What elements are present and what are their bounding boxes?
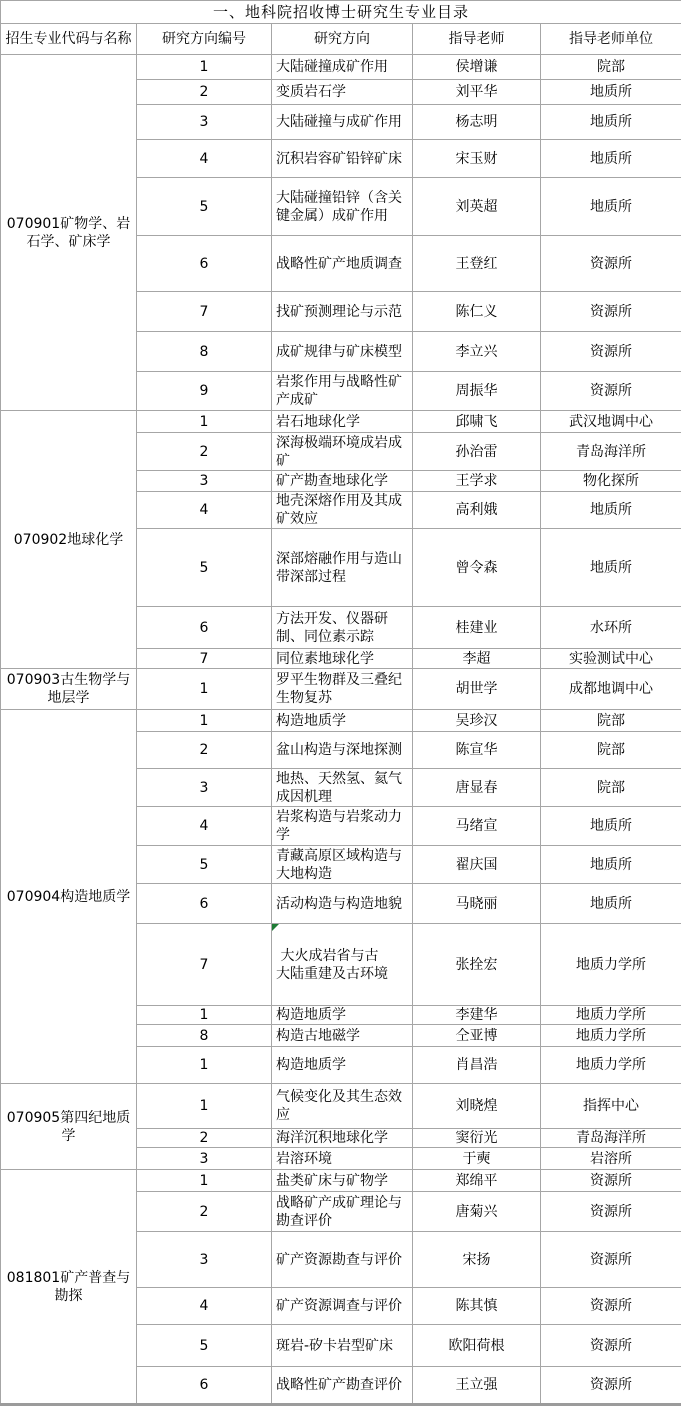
advisor-cell: 于奭 [413, 1148, 541, 1170]
advisor-cell: 胡世学 [413, 669, 541, 710]
direction-number-cell: 1 [137, 669, 272, 710]
direction-number-cell: 1 [137, 1047, 272, 1084]
research-direction-text: 盐类矿床与矿物学 [276, 1173, 388, 1189]
advisor-unit-cell: 资源所 [541, 1325, 681, 1367]
table-body: 070901矿物学、岩石学、矿床学1大陆碰撞成矿作用侯增谦院部2变质岩石学刘平华… [1, 55, 681, 1405]
direction-number-cell: 6 [137, 607, 272, 649]
research-direction-cell: 青藏高原区域构造与大地构造 [272, 846, 413, 884]
table-row: 081801矿产普查与勘探1盐类矿床与矿物学郑绵平资源所 [1, 1170, 681, 1192]
research-direction-text: 海洋沉积地球化学 [276, 1130, 388, 1146]
research-direction-text: 盆山构造与深地探测 [276, 742, 402, 758]
major-code-cell: 070902地球化学 [1, 411, 137, 669]
advisor-unit-cell: 资源所 [541, 1367, 681, 1405]
research-direction-text: 岩浆构造与岩浆动力学 [276, 809, 402, 843]
advisor-cell: 张拴宏 [413, 924, 541, 1006]
research-direction-cell: 岩溶环境 [272, 1148, 413, 1170]
research-direction-text: 大陆碰撞铅锌（含关键金属）成矿作用 [276, 190, 402, 224]
research-direction-text: 变质岩石学 [276, 84, 346, 100]
direction-number-cell: 3 [137, 1148, 272, 1170]
research-direction-cell: 活动构造与构造地貌 [272, 884, 413, 924]
table-row: 070903古生物学与地层学1罗平生物群及三叠纪生物复苏胡世学成都地调中心 [1, 669, 681, 710]
direction-number-cell: 4 [137, 492, 272, 529]
direction-number-cell: 8 [137, 332, 272, 372]
advisor-cell: 宋扬 [413, 1232, 541, 1288]
research-direction-text: 地热、天然氢、氦气成因机理 [276, 771, 402, 805]
direction-number-cell: 2 [137, 433, 272, 471]
direction-number-cell: 8 [137, 1025, 272, 1047]
research-direction-cell: 岩浆作用与战略性矿产成矿 [272, 372, 413, 411]
advisor-unit-cell: 资源所 [541, 292, 681, 332]
research-direction-text: 大陆碰撞成矿作用 [276, 59, 388, 75]
admission-catalog-table: 一、地科院招收博士研究生专业目录 招生专业代码与名称研究方向编号研究方向指导老师… [0, 0, 681, 1406]
direction-number-cell: 4 [137, 807, 272, 846]
advisor-unit-cell: 青岛海洋所 [541, 1129, 681, 1148]
advisor-unit-cell: 资源所 [541, 372, 681, 411]
major-code-cell: 070903古生物学与地层学 [1, 669, 137, 710]
research-direction-cell: 罗平生物群及三叠纪生物复苏 [272, 669, 413, 710]
advisor-unit-cell: 地质力学所 [541, 1025, 681, 1047]
direction-number-cell: 5 [137, 529, 272, 607]
research-direction-text: 战略矿产成矿理论与勘查评价 [276, 1195, 402, 1229]
advisor-unit-cell: 地质所 [541, 846, 681, 884]
research-direction-cell: 岩浆构造与岩浆动力学 [272, 807, 413, 846]
direction-number-cell: 7 [137, 649, 272, 669]
advisor-unit-cell: 地质力学所 [541, 924, 681, 1006]
direction-number-cell: 7 [137, 292, 272, 332]
research-direction-text: 深部熔融作用与造山带深部过程 [276, 551, 402, 585]
research-direction-cell: 盆山构造与深地探测 [272, 732, 413, 769]
advisor-cell: 高利娥 [413, 492, 541, 529]
advisor-unit-cell: 地质所 [541, 140, 681, 178]
advisor-cell: 刘平华 [413, 80, 541, 105]
advisor-cell: 周振华 [413, 372, 541, 411]
advisor-unit-cell: 资源所 [541, 1232, 681, 1288]
table-row: 070902地球化学1岩石地球化学邱啸飞武汉地调中心 [1, 411, 681, 433]
direction-number-cell: 6 [137, 236, 272, 292]
advisor-unit-cell: 院部 [541, 769, 681, 807]
direction-number-cell: 4 [137, 1288, 272, 1325]
advisor-cell: 杨志明 [413, 105, 541, 140]
major-code-cell: 070901矿物学、岩石学、矿床学 [1, 55, 137, 411]
direction-number-cell: 2 [137, 732, 272, 769]
research-direction-text: 构造古地磁学 [276, 1028, 360, 1044]
advisor-unit-cell: 院部 [541, 710, 681, 732]
advisor-unit-cell: 水环所 [541, 607, 681, 649]
advisor-cell: 陈宣华 [413, 732, 541, 769]
research-direction-text: 构造地质学 [276, 713, 346, 729]
direction-number-cell: 1 [137, 411, 272, 433]
column-header: 招生专业代码与名称 [1, 24, 137, 55]
advisor-unit-cell: 物化探所 [541, 471, 681, 492]
research-direction-text: 矿产资源调查与评价 [276, 1298, 402, 1314]
direction-number-cell: 3 [137, 1232, 272, 1288]
research-direction-text: 矿产资源勘查与评价 [276, 1252, 402, 1268]
direction-number-cell: 3 [137, 105, 272, 140]
advisor-unit-cell: 资源所 [541, 1192, 681, 1232]
research-direction-text: 岩溶环境 [276, 1151, 332, 1167]
research-direction-cell: 深海极端环境成岩成矿 [272, 433, 413, 471]
advisor-cell: 王登红 [413, 236, 541, 292]
advisor-unit-cell: 地质所 [541, 178, 681, 236]
research-direction-cell: 成矿规律与矿床模型 [272, 332, 413, 372]
advisor-unit-cell: 资源所 [541, 1170, 681, 1192]
advisor-unit-cell: 地质所 [541, 492, 681, 529]
research-direction-cell: 大陆碰撞成矿作用 [272, 55, 413, 80]
advisor-unit-cell: 地质所 [541, 884, 681, 924]
advisor-unit-cell: 地质力学所 [541, 1047, 681, 1084]
research-direction-text: 深海极端环境成岩成矿 [276, 435, 402, 469]
column-header: 指导老师单位 [541, 24, 681, 55]
research-direction-cell: 岩石地球化学 [272, 411, 413, 433]
direction-number-cell: 4 [137, 140, 272, 178]
research-direction-text: 罗平生物群及三叠纪生物复苏 [276, 672, 402, 706]
advisor-cell: 曾令森 [413, 529, 541, 607]
research-direction-text: 找矿预测理论与示范 [276, 304, 402, 320]
direction-number-cell: 5 [137, 178, 272, 236]
cell-corner-marker-icon [272, 924, 279, 931]
table-header-row: 招生专业代码与名称研究方向编号研究方向指导老师指导老师单位 [1, 24, 681, 55]
advisor-cell: 仝亚博 [413, 1025, 541, 1047]
research-direction-cell: 大陆碰撞铅锌（含关键金属）成矿作用 [272, 178, 413, 236]
advisor-unit-cell: 成都地调中心 [541, 669, 681, 710]
research-direction-cell: 气候变化及其生态效应 [272, 1084, 413, 1129]
advisor-cell: 陈其慎 [413, 1288, 541, 1325]
research-direction-text: 成矿规律与矿床模型 [276, 344, 402, 360]
advisor-cell: 翟庆国 [413, 846, 541, 884]
advisor-cell: 肖昌浩 [413, 1047, 541, 1084]
advisor-cell: 邱啸飞 [413, 411, 541, 433]
advisor-cell: 孙治雷 [413, 433, 541, 471]
research-direction-text: 斑岩-矽卡岩型矿床 [276, 1338, 393, 1354]
advisor-cell: 郑绵平 [413, 1170, 541, 1192]
advisor-cell: 陈仁义 [413, 292, 541, 332]
direction-number-cell: 5 [137, 1325, 272, 1367]
direction-number-cell: 2 [137, 1192, 272, 1232]
direction-number-cell: 2 [137, 1129, 272, 1148]
research-direction-cell: 海洋沉积地球化学 [272, 1129, 413, 1148]
research-direction-cell: 大陆碰撞与成矿作用 [272, 105, 413, 140]
table-row: 070901矿物学、岩石学、矿床学1大陆碰撞成矿作用侯增谦院部 [1, 55, 681, 80]
research-direction-text: 气候变化及其生态效应 [276, 1089, 402, 1123]
advisor-unit-cell: 院部 [541, 732, 681, 769]
research-direction-text: 地壳深熔作用及其成矿效应 [276, 493, 402, 527]
direction-number-cell: 1 [137, 1170, 272, 1192]
research-direction-text: 大陆碰撞与成矿作用 [276, 114, 402, 130]
advisor-cell: 吴珍汉 [413, 710, 541, 732]
advisor-unit-cell: 地质力学所 [541, 1006, 681, 1025]
research-direction-text: 构造地质学 [276, 1007, 346, 1023]
advisor-unit-cell: 岩溶所 [541, 1148, 681, 1170]
major-code-cell: 081801矿产普查与勘探 [1, 1170, 137, 1405]
major-code-cell: 070905第四纪地质学 [1, 1084, 137, 1170]
advisor-cell: 唐菊兴 [413, 1192, 541, 1232]
research-direction-text: 矿产勘查地球化学 [276, 473, 388, 489]
research-direction-cell: 矿产勘查地球化学 [272, 471, 413, 492]
advisor-cell: 欧阳荷根 [413, 1325, 541, 1367]
advisor-unit-cell: 院部 [541, 55, 681, 80]
research-direction-cell: 战略矿产成矿理论与勘查评价 [272, 1192, 413, 1232]
advisor-unit-cell: 指挥中心 [541, 1084, 681, 1129]
research-direction-cell: 深部熔融作用与造山带深部过程 [272, 529, 413, 607]
research-direction-cell: 构造地质学 [272, 1006, 413, 1025]
advisor-unit-cell: 青岛海洋所 [541, 433, 681, 471]
direction-number-cell: 7 [137, 924, 272, 1006]
research-direction-text: 战略性矿产勘查评价 [276, 1377, 402, 1393]
advisor-cell: 李建华 [413, 1006, 541, 1025]
research-direction-cell: 构造古地磁学 [272, 1025, 413, 1047]
research-direction-text: 岩石地球化学 [276, 414, 360, 430]
advisor-cell: 刘晓煌 [413, 1084, 541, 1129]
advisor-unit-cell: 实验测试中心 [541, 649, 681, 669]
direction-number-cell: 3 [137, 471, 272, 492]
page-title: 一、地科院招收博士研究生专业目录 [1, 1, 681, 24]
advisor-unit-cell: 地质所 [541, 529, 681, 607]
advisor-unit-cell: 资源所 [541, 1288, 681, 1325]
direction-number-cell: 1 [137, 55, 272, 80]
advisor-unit-cell: 地质所 [541, 105, 681, 140]
direction-number-cell: 2 [137, 80, 272, 105]
research-direction-text: 同位素地球化学 [276, 651, 374, 667]
advisor-cell: 桂建业 [413, 607, 541, 649]
research-direction-cell: 地热、天然氢、氦气成因机理 [272, 769, 413, 807]
advisor-cell: 宋玉财 [413, 140, 541, 178]
research-direction-cell: 变质岩石学 [272, 80, 413, 105]
table-title-row: 一、地科院招收博士研究生专业目录 [1, 1, 681, 24]
research-direction-cell: 构造地质学 [272, 710, 413, 732]
advisor-cell: 窦衍光 [413, 1129, 541, 1148]
research-direction-text: 大火成岩省与古 大陆重建及古环境 [276, 948, 388, 982]
direction-number-cell: 1 [137, 1006, 272, 1025]
direction-number-cell: 6 [137, 1367, 272, 1405]
advisor-cell: 刘英超 [413, 178, 541, 236]
advisor-cell: 王学求 [413, 471, 541, 492]
advisor-cell: 侯增谦 [413, 55, 541, 80]
advisor-cell: 李立兴 [413, 332, 541, 372]
advisor-unit-cell: 资源所 [541, 332, 681, 372]
advisor-cell: 李超 [413, 649, 541, 669]
research-direction-cell: 大火成岩省与古 大陆重建及古环境 [272, 924, 413, 1006]
research-direction-text: 岩浆作用与战略性矿产成矿 [276, 374, 402, 408]
advisor-cell: 马晓丽 [413, 884, 541, 924]
advisor-unit-cell: 武汉地调中心 [541, 411, 681, 433]
direction-number-cell: 6 [137, 884, 272, 924]
advisor-unit-cell: 资源所 [541, 236, 681, 292]
direction-number-cell: 3 [137, 769, 272, 807]
table-row: 070904构造地质学1构造地质学吴珍汉院部 [1, 710, 681, 732]
column-header: 研究方向 [272, 24, 413, 55]
research-direction-cell: 构造地质学 [272, 1047, 413, 1084]
direction-number-cell: 5 [137, 846, 272, 884]
column-header: 指导老师 [413, 24, 541, 55]
advisor-cell: 马绪宣 [413, 807, 541, 846]
research-direction-cell: 盐类矿床与矿物学 [272, 1170, 413, 1192]
advisor-cell: 王立强 [413, 1367, 541, 1405]
table-row: 070905第四纪地质学1气候变化及其生态效应刘晓煌指挥中心 [1, 1084, 681, 1129]
research-direction-cell: 方法开发、仪器研制、同位素示踪 [272, 607, 413, 649]
column-header: 研究方向编号 [137, 24, 272, 55]
advisor-cell: 唐显春 [413, 769, 541, 807]
research-direction-cell: 矿产资源勘查与评价 [272, 1232, 413, 1288]
advisor-unit-cell: 地质所 [541, 80, 681, 105]
research-direction-text: 青藏高原区域构造与大地构造 [276, 848, 402, 882]
major-code-cell: 070904构造地质学 [1, 710, 137, 1084]
research-direction-cell: 地壳深熔作用及其成矿效应 [272, 492, 413, 529]
direction-number-cell: 9 [137, 372, 272, 411]
research-direction-cell: 矿产资源调查与评价 [272, 1288, 413, 1325]
direction-number-cell: 1 [137, 710, 272, 732]
research-direction-cell: 战略性矿产地质调查 [272, 236, 413, 292]
research-direction-text: 活动构造与构造地貌 [276, 896, 402, 912]
research-direction-text: 方法开发、仪器研制、同位素示踪 [276, 611, 388, 645]
research-direction-cell: 斑岩-矽卡岩型矿床 [272, 1325, 413, 1367]
research-direction-text: 沉积岩容矿铅锌矿床 [276, 151, 402, 167]
research-direction-text: 构造地质学 [276, 1057, 346, 1073]
advisor-unit-cell: 地质所 [541, 807, 681, 846]
research-direction-cell: 同位素地球化学 [272, 649, 413, 669]
research-direction-cell: 找矿预测理论与示范 [272, 292, 413, 332]
research-direction-text: 战略性矿产地质调查 [276, 256, 402, 272]
direction-number-cell: 1 [137, 1084, 272, 1129]
research-direction-cell: 沉积岩容矿铅锌矿床 [272, 140, 413, 178]
research-direction-cell: 战略性矿产勘查评价 [272, 1367, 413, 1405]
